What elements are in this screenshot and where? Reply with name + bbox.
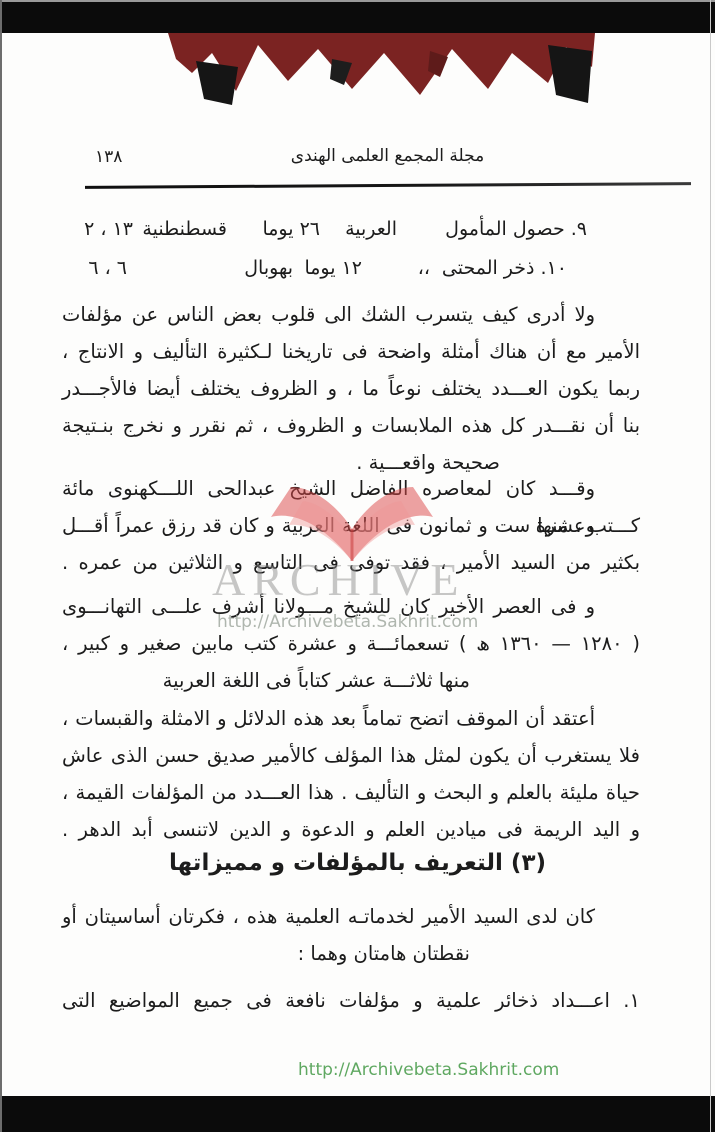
scan-edge-right <box>710 0 711 1132</box>
text-line: الأمير مع أن هناك أمثلة واضحة فى تاريخنا… <box>62 333 640 370</box>
table-cell-numbers: ٦ ، ٦ <box>88 257 127 279</box>
torn-paper-artifact <box>0 33 715 115</box>
table-row: ٩. حصول المأمول العربية ٢٦ يوما قسطنطنية… <box>0 218 715 250</box>
paragraph: ولا أدرى كيف يتسرب الشك الى قلوب بعض الن… <box>62 296 640 481</box>
table-cell-place: بهوبال <box>244 257 293 279</box>
table-cell-place: قسطنطنية <box>142 218 227 240</box>
page-number: ١٣٨ <box>95 147 122 167</box>
table-cell-numbers: ١٣ ، ٢ <box>84 218 133 240</box>
text-line: بنا أن نقـــدر كل هذه الملابسات و الظروف… <box>62 407 640 444</box>
table-cell-language: ،، <box>418 257 430 279</box>
section-heading: (٣) التعريف بالمؤلفات و مميزاتها <box>0 850 715 876</box>
text-line: ولا أدرى كيف يتسرب الشك الى قلوب بعض الن… <box>62 296 640 333</box>
watermark-url: http://Archivebeta.Sakhrit.com <box>217 612 478 632</box>
table-cell-duration: ١٢ يوما <box>304 257 362 279</box>
text-line: ١. اعـــداد ذخائر علمية و مؤلفات نافعة ف… <box>62 982 640 1019</box>
text-line: كان لدى السيد الأمير لخدماتـه العلمية هذ… <box>62 898 640 935</box>
table-cell-duration: ٢٦ يوما <box>262 218 320 240</box>
text-line: و اليد الريمة فى ميادين العلم و الدعوة و… <box>62 811 640 848</box>
header-rule <box>85 182 691 189</box>
text-line: فلا يستغرب أن يكون لمثل هذا المؤلف كالأم… <box>62 737 640 774</box>
scan-bottom-black-band <box>0 1096 715 1132</box>
watermark-url-bottom: http://Archivebeta.Sakhrit.com <box>298 1060 559 1080</box>
text-line: نقطتان هامتان وهما : <box>62 935 640 972</box>
paragraph: كان لدى السيد الأمير لخدماتـه العلمية هذ… <box>62 898 640 972</box>
table-cell-language: العربية <box>345 218 397 240</box>
scan-edge-left <box>0 0 2 1132</box>
scan-top-black-band <box>0 0 715 33</box>
paragraph: أعتقد أن الموقف اتضح تماماً بعد هذه الدل… <box>62 700 640 848</box>
list-item: ١. اعـــداد ذخائر علمية و مؤلفات نافعة ف… <box>62 982 640 1019</box>
table-cell-title: ١٠. ذخر المحتى <box>442 257 567 279</box>
archive-watermark-text: ARCHIVE <box>212 556 492 604</box>
scanned-book-page: ١٣٨ مجلة المجمع العلمى الهندى ٩. حصول ال… <box>0 0 715 1132</box>
text-line: منها ثلاثـــة عشر كتاباً فى اللغة العربي… <box>62 662 640 699</box>
text-line: أعتقد أن الموقف اتضح تماماً بعد هذه الدل… <box>62 700 640 737</box>
scan-edge-top <box>0 0 715 2</box>
table-row: ١٠. ذخر المحتى ،، ١٢ يوما بهوبال ٦ ، ٦ <box>0 257 715 289</box>
text-line: حياة مليئة بالعلم و البحث و التأليف . هذ… <box>62 774 640 811</box>
text-line: ربما يكون العـــدد يختلف نوعاً ما ، و ال… <box>62 370 640 407</box>
journal-title: مجلة المجمع العلمى الهندى <box>285 146 490 166</box>
table-cell-title: ٩. حصول المأمول <box>445 218 587 240</box>
